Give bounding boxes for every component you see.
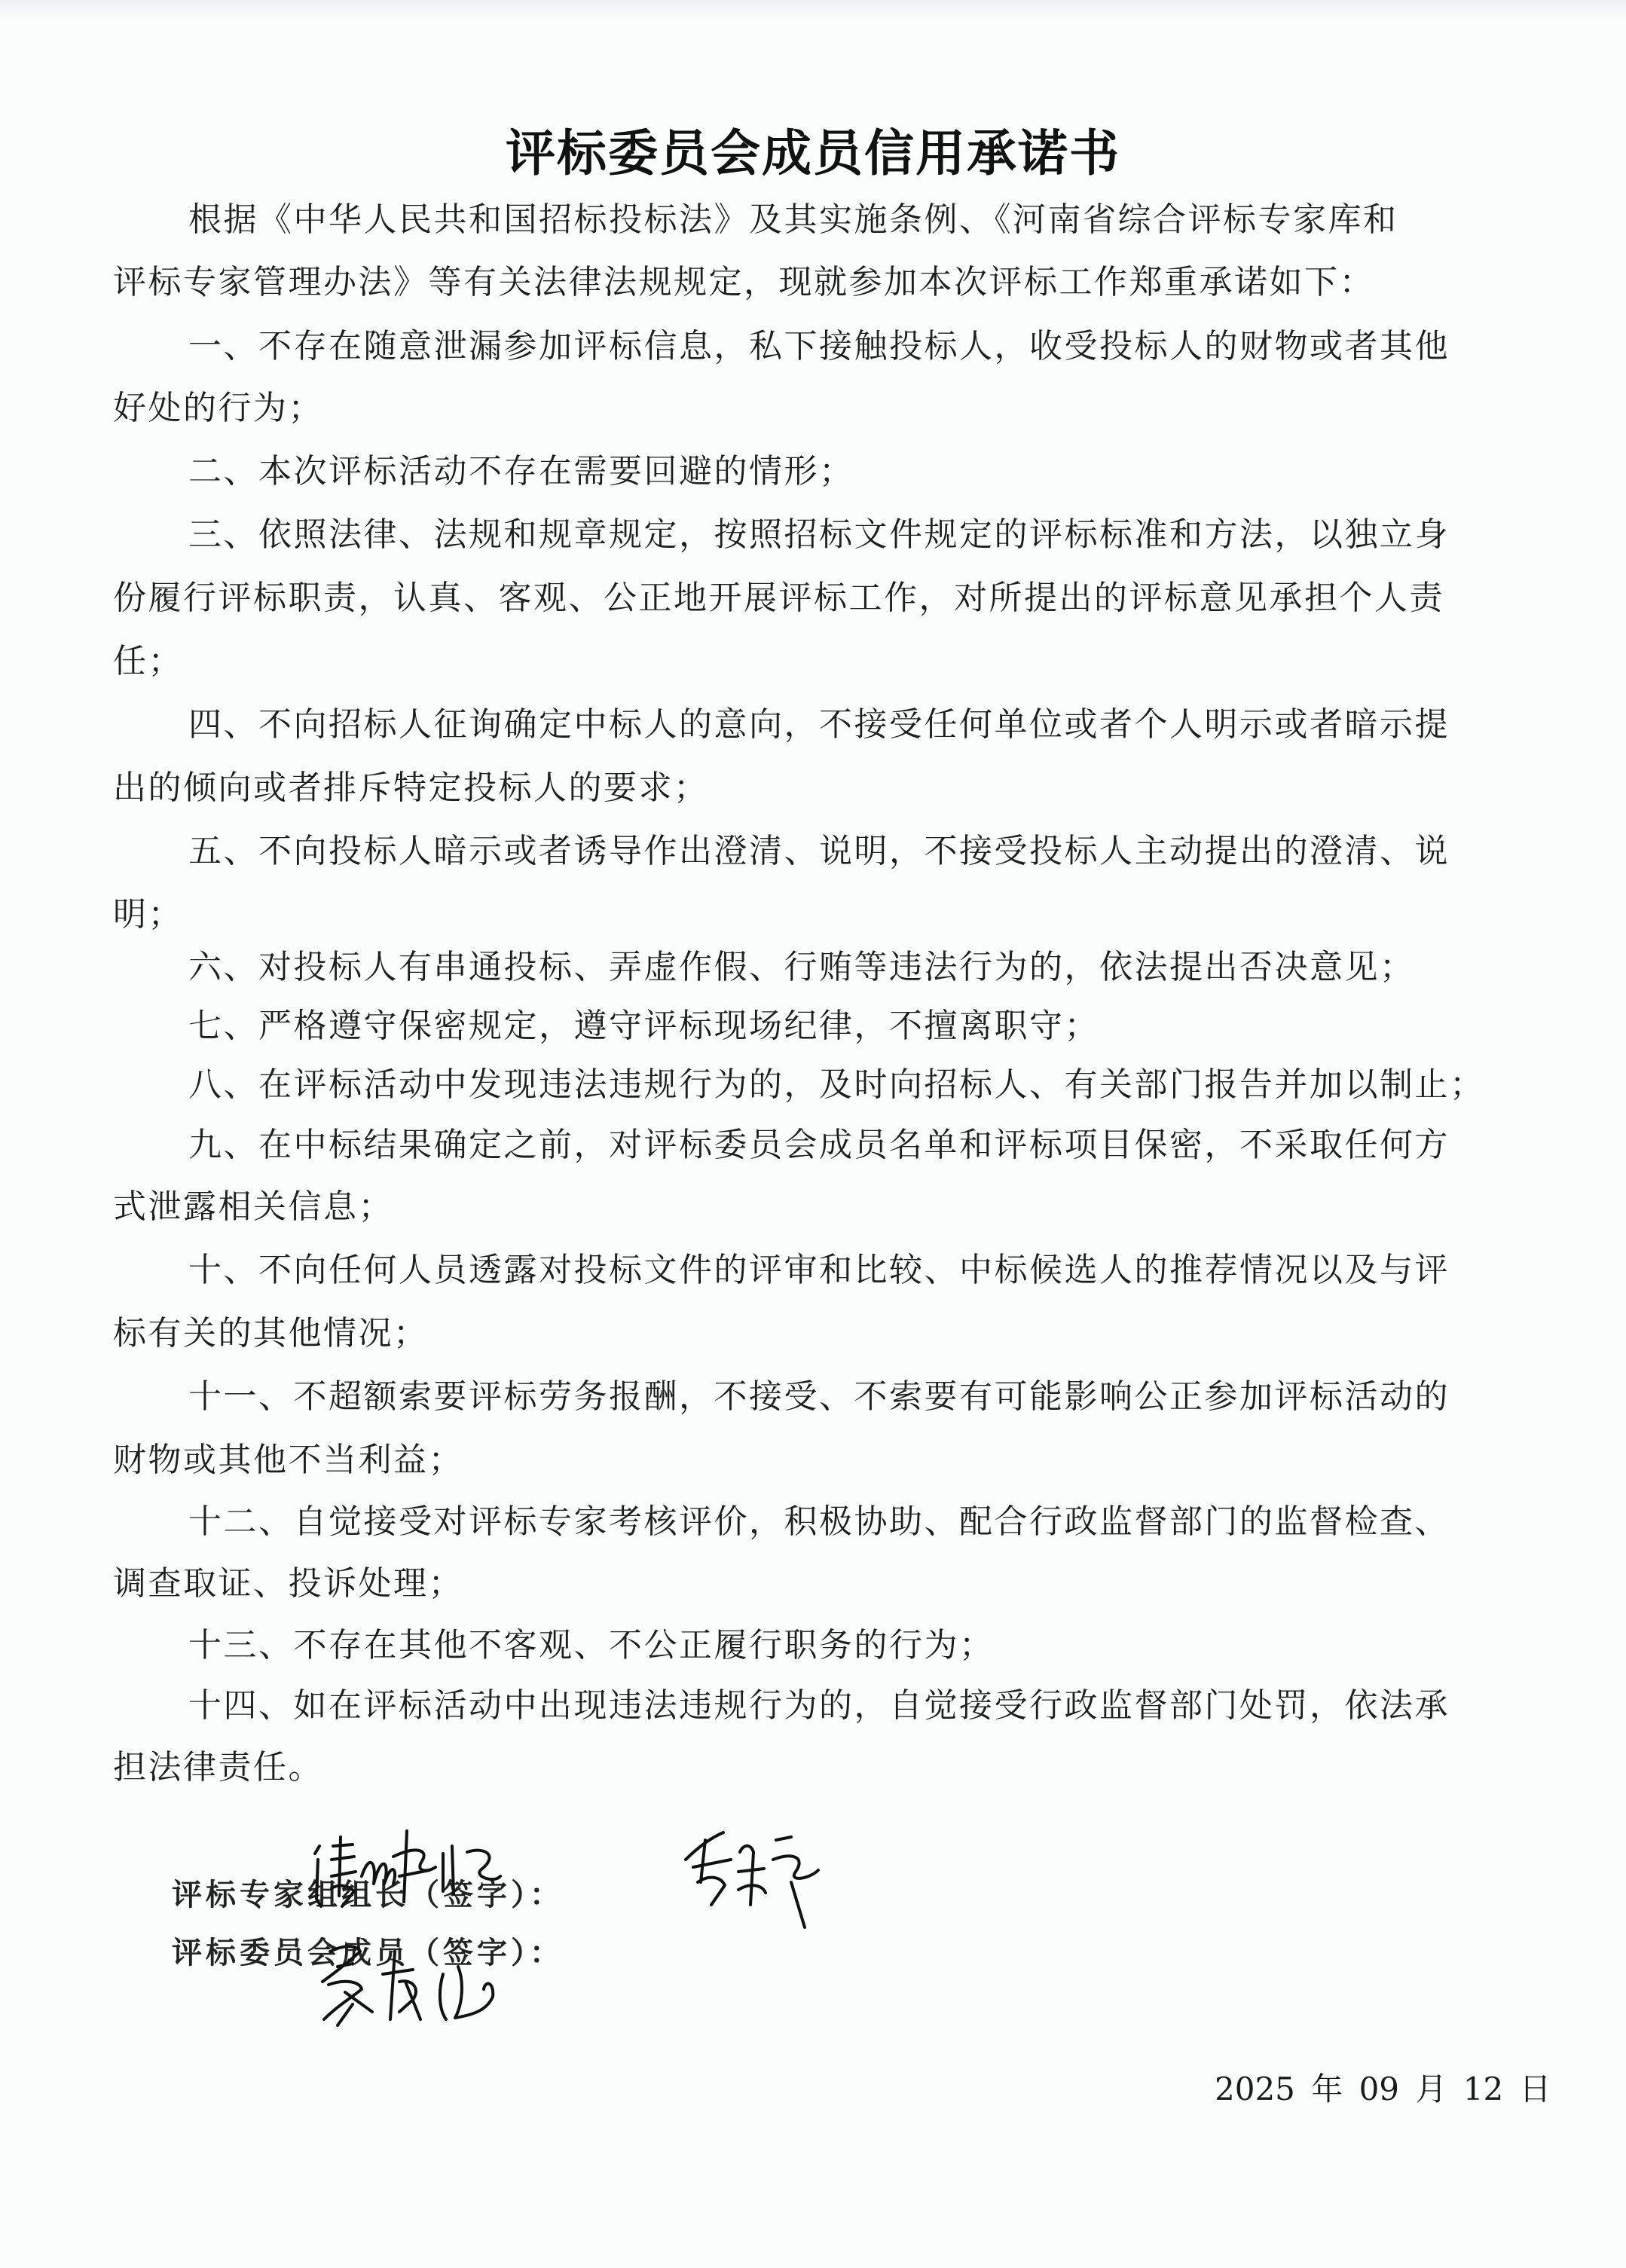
handwritten-signature-2	[678, 1829, 859, 1935]
commitment-2-line: 二、本次评标活动不存在需要回避的情形；	[188, 449, 854, 494]
commitment-9-line: 九、在中标结果确定之前，对评标委员会成员名单和评标项目保密，不采取任何方	[188, 1123, 1450, 1168]
commitment-11-line: 十一、不超额索要评标劳务报酬，不接受、不索要有可能影响公正参加评标活动的	[188, 1374, 1450, 1420]
commitment-11-line: 财物或其他不当利益；	[113, 1438, 463, 1483]
commitment-10-line: 十、不向任何人员透露对投标文件的评审和比较、中标候选人的推荐情况以及与评	[188, 1248, 1450, 1293]
intro-line: 根据《中华人民共和国招标投标法》及其实施条例、《河南省综合评标专家库和	[188, 197, 1398, 243]
commitment-5-line: 五、不向投标人暗示或者诱导作出澄清、说明，不接受投标人主动提出的澄清、说	[188, 829, 1450, 874]
handwritten-signature-3	[315, 1936, 541, 2034]
commitment-8-line: 八、在评标活动中发现违法违规行为的，及时向招标人、有关部门报告并加以制止；	[188, 1062, 1485, 1108]
commitment-4-line: 出的倾向或者排斥特定投标人的要求；	[113, 766, 709, 811]
commitment-1-line: 好处的行为；	[113, 386, 323, 431]
commitment-3-line: 三、依照法律、法规和规章规定，按照招标文件规定的评标标准和方法，以独立身	[188, 512, 1450, 558]
commitment-3-line: 任；	[113, 639, 183, 684]
commitment-5-line: 明；	[113, 892, 183, 937]
intro-line: 评标专家管理办法》等有关法律法规规定，现就参加本次评标工作郑重承诺如下：	[113, 260, 1374, 305]
commitment-3-line: 份履行评标职责，认真、客观、公正地开展评标工作，对所提出的评标意见承担个人责	[113, 576, 1444, 621]
commitment-7-line: 七、严格遵守保密规定，遵守评标现场纪律，不擅离职守；	[188, 1004, 1099, 1049]
commitment-14-line: 担法律责任。	[113, 1745, 323, 1790]
document-date: 2025 年 09 月 12 日	[1215, 2065, 1551, 2110]
commitment-1-line: 一、不存在随意泄漏参加评标信息，私下接触投标人，收受投标人的财物或者其他	[188, 324, 1450, 369]
commitment-14-line: 十四、如在评标活动中出现违法违规行为的，自觉接受行政监督部门处罚，依法承	[188, 1683, 1450, 1729]
handwritten-signature-1	[309, 1823, 535, 1914]
commitment-12-line: 十二、自觉接受对评标专家考核评价，积极协助、配合行政监督部门的监督检查、	[188, 1499, 1450, 1545]
commitment-10-line: 标有关的其他情况；	[113, 1311, 429, 1356]
commitment-9-line: 式泄露相关信息；	[113, 1184, 393, 1230]
commitment-12-line: 调查取证、投诉处理；	[113, 1561, 463, 1606]
commitment-13-line: 十三、不存在其他不客观、不公正履行职务的行为；	[188, 1623, 995, 1668]
document-title: 评标委员会成员信用承诺书	[0, 113, 1626, 185]
scan-edge	[0, 0, 1626, 21]
commitment-6-line: 六、对投标人有串通投标、弄虚作假、行贿等违法行为的，依法提出否决意见；	[188, 945, 1415, 990]
commitment-4-line: 四、不向招标人征询确定中标人的意向，不接受任何单位或者个人明示或者暗示提	[188, 702, 1450, 747]
